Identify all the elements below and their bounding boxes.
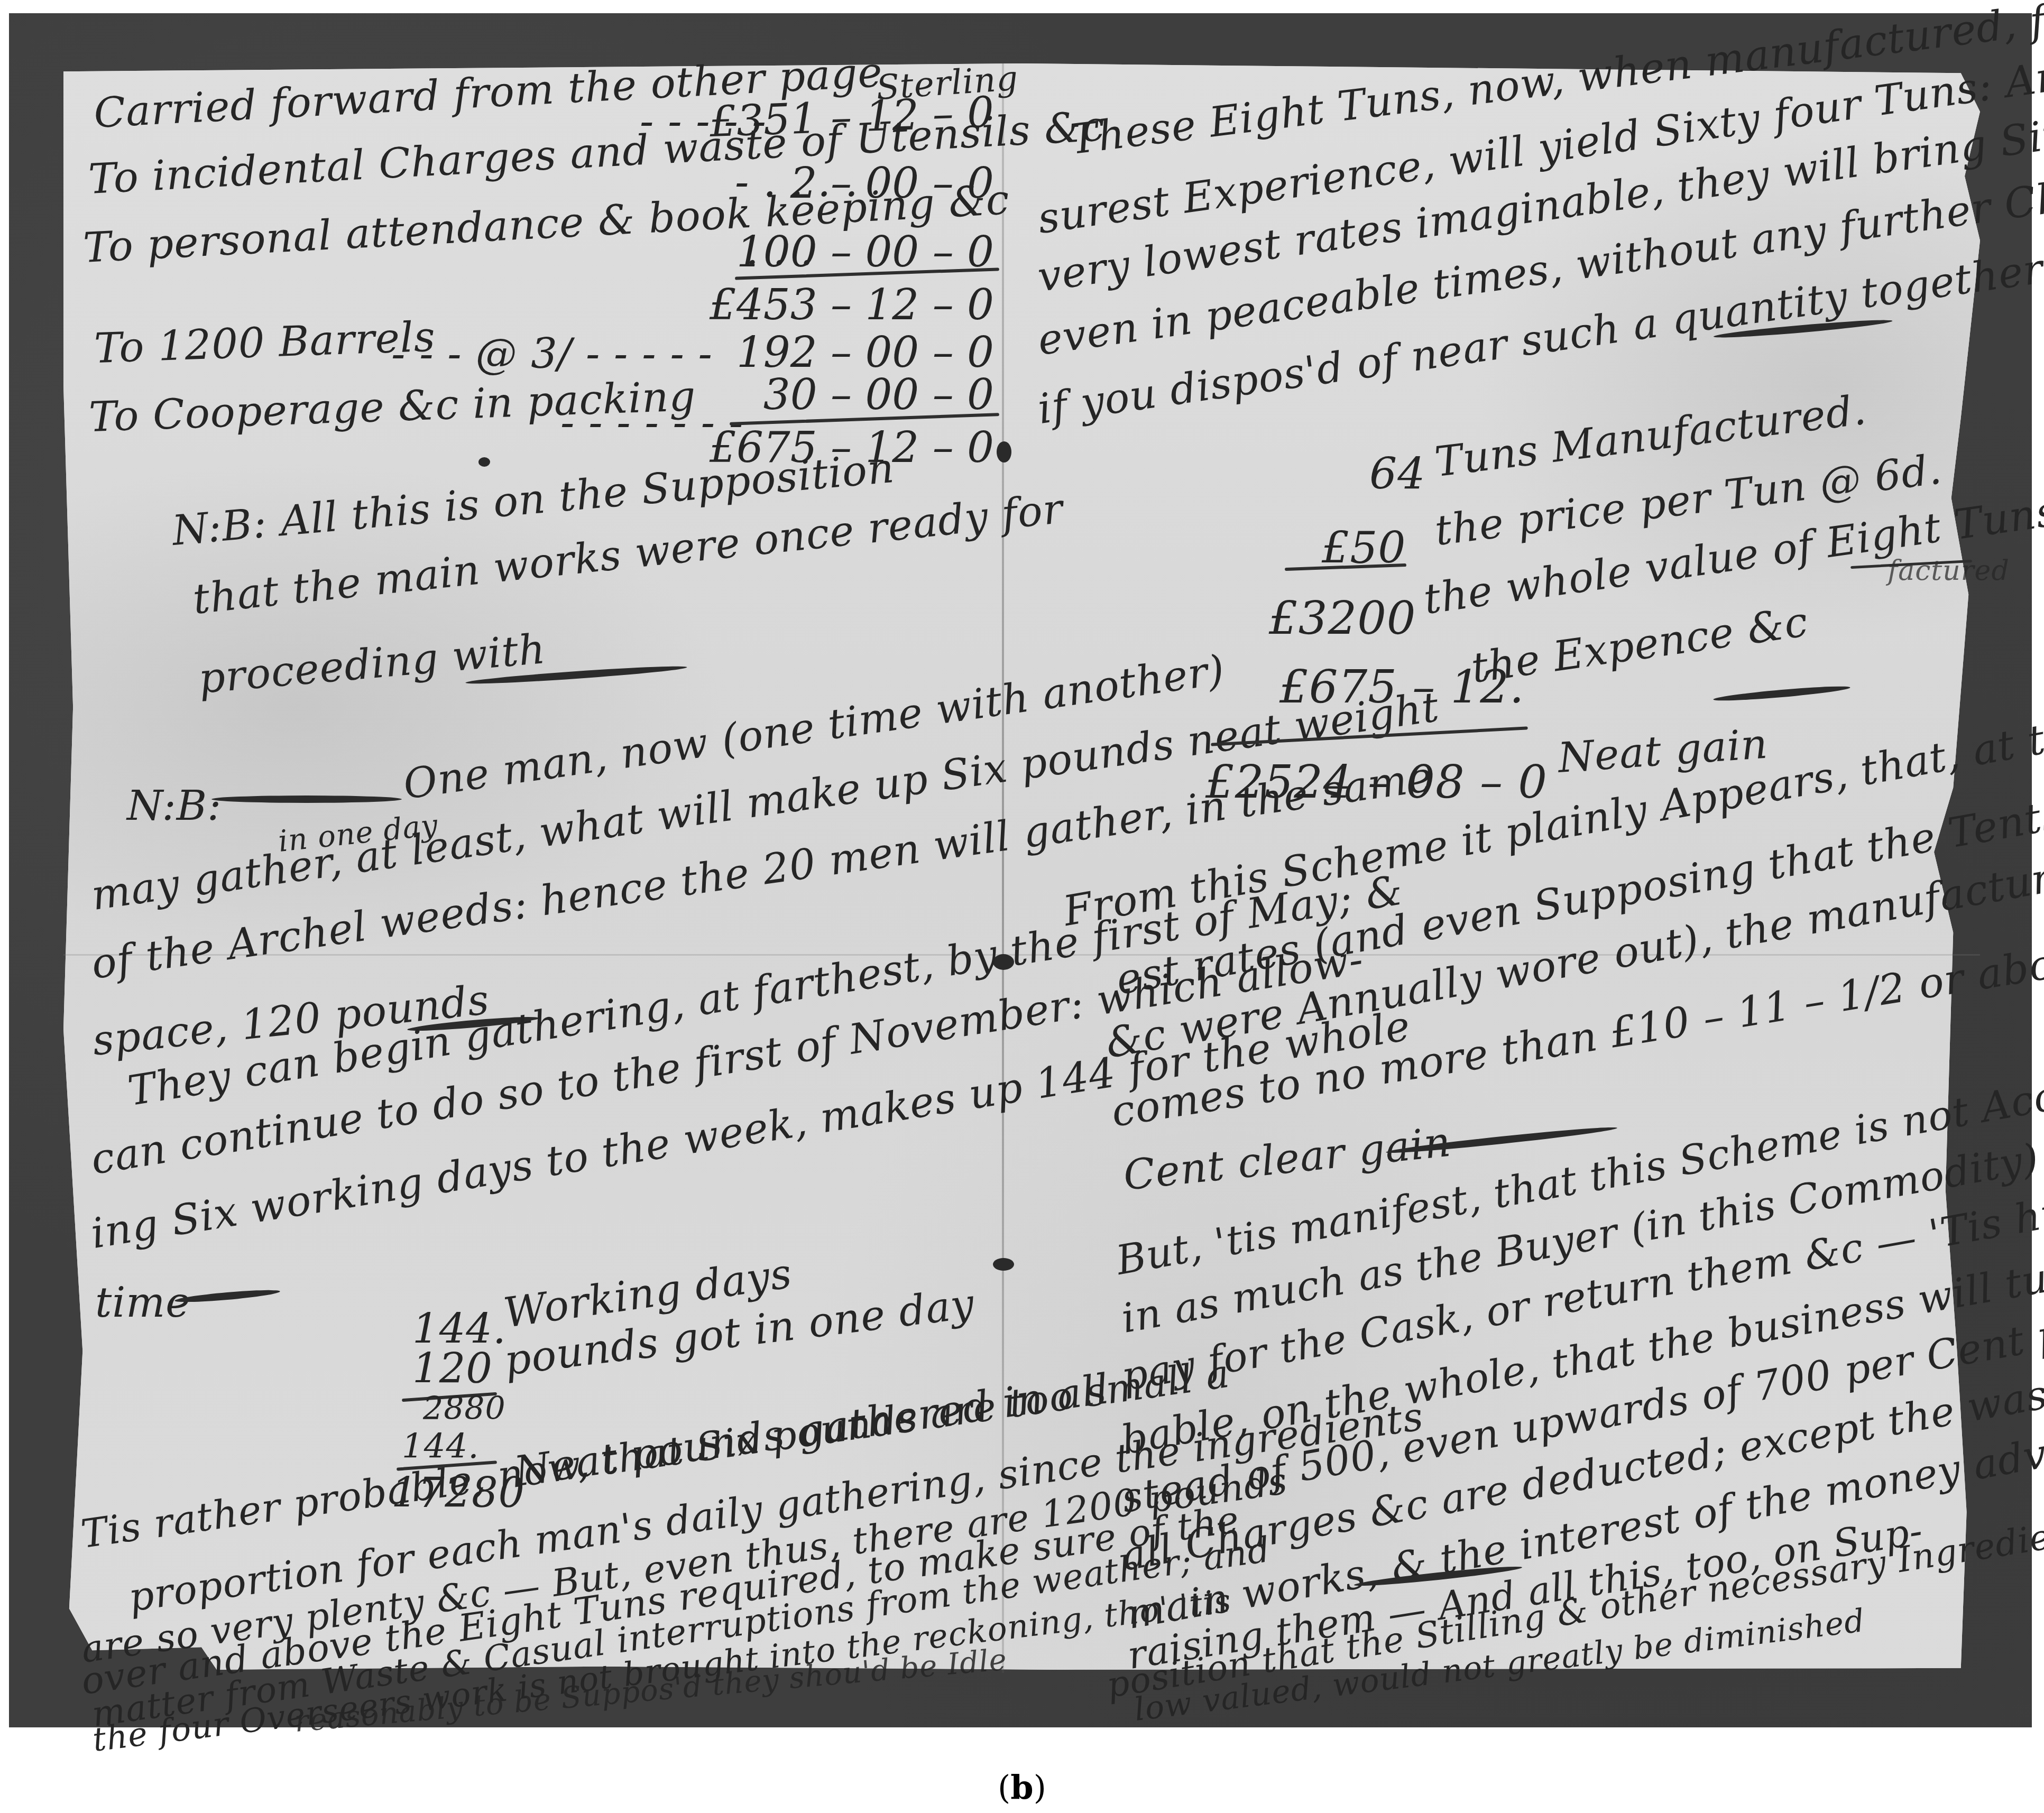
summary-total: £2524 – 08 – 0 bbox=[1205, 756, 1548, 809]
summary-amount: 64 bbox=[1369, 449, 1425, 499]
ink-blot bbox=[997, 441, 1011, 462]
nb2-prefix: N:B: bbox=[127, 782, 222, 830]
ink-blot bbox=[478, 457, 490, 467]
ink-blot bbox=[993, 1258, 1014, 1271]
caption-paren-close: ) bbox=[1034, 1768, 1046, 1807]
center-fold bbox=[1002, 63, 1004, 1673]
calc-value: 2880 bbox=[423, 1390, 506, 1427]
figure-caption: (b) bbox=[0, 1768, 2044, 1807]
caption-label: b bbox=[1010, 1768, 1033, 1807]
summary-amount: £3200 bbox=[1269, 592, 1416, 645]
calc-value: 120 bbox=[412, 1345, 493, 1393]
paragraph-line: time bbox=[95, 1279, 190, 1327]
ledger-leader: - - - @ 3/ - - - - - bbox=[391, 330, 713, 378]
ledger-subtotal: £453 – 12 – 0 bbox=[698, 280, 994, 329]
flourish-dash bbox=[211, 795, 402, 803]
ledger-amount: 30 – 00 – 0 bbox=[698, 370, 994, 419]
margin-note: factured bbox=[1888, 555, 2010, 587]
caption-paren-open: ( bbox=[998, 1768, 1010, 1807]
